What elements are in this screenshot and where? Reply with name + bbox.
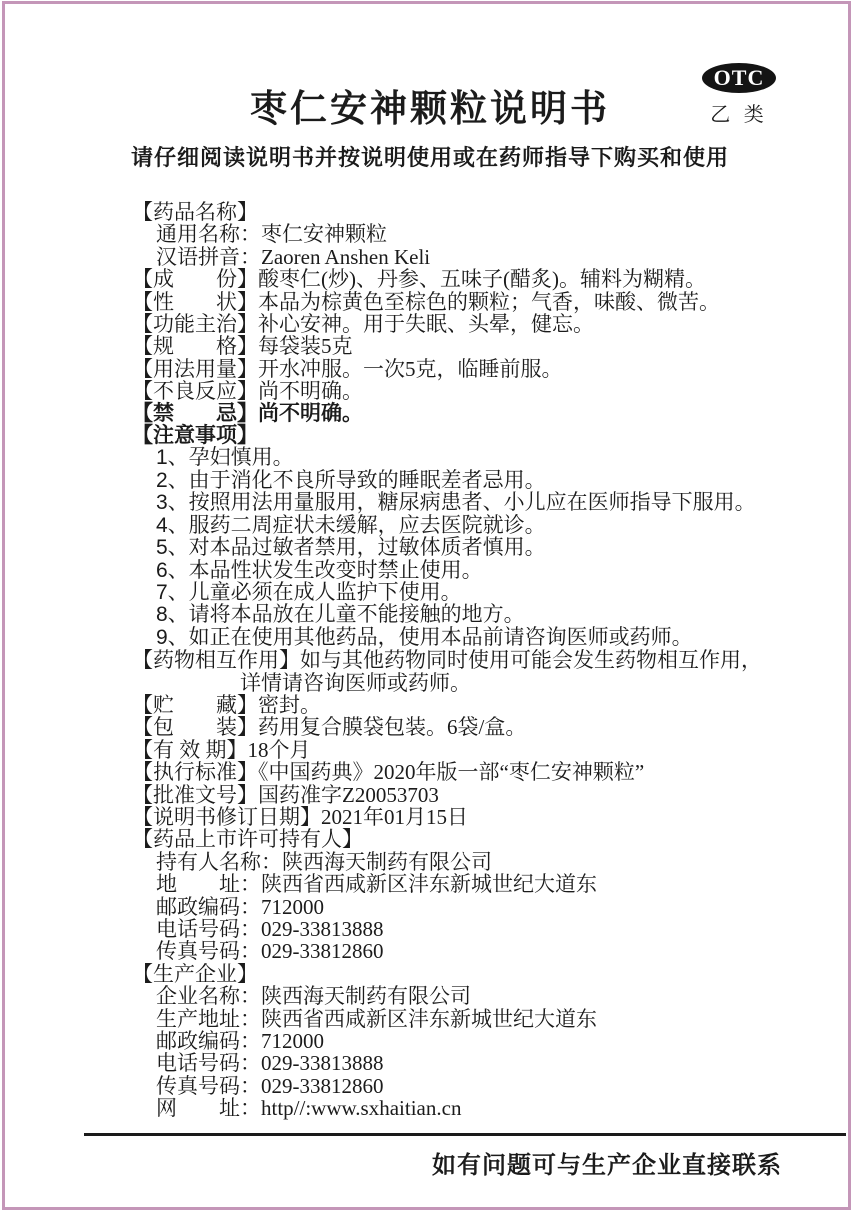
document-line: 【药品上市许可持有人】 — [132, 828, 850, 850]
document-line: 【规 格】每袋装5克 — [132, 335, 850, 357]
otc-category-label: 乙 类 — [699, 98, 779, 127]
document-line: 9、如正在使用其他药品，使用本品前请咨询医师或药师。 — [156, 627, 850, 649]
document-line: 持有人名称：陕西海天制药有限公司 — [156, 851, 850, 873]
document-line: 电话号码：029-33813888 — [156, 918, 850, 940]
document-line: 【贮 藏】密封。 — [132, 694, 850, 716]
document-line: 3、按照用法用量服用，糖尿病患者、小儿应在医师指导下服用。 — [156, 492, 850, 514]
document-line: 邮政编码：712000 — [156, 1030, 850, 1052]
document-line: 网 址：http//:www.sxhaitian.cn — [156, 1097, 850, 1119]
document-line: 【有 效 期】18个月 — [132, 739, 850, 761]
document-line: 【批准文号】国药准字Z20053703 — [132, 784, 850, 806]
otc-badge-label: OTC — [714, 65, 765, 91]
document-line: 通用名称：枣仁安神颗粒 — [156, 223, 850, 245]
document-line: 传真号码：029-33812860 — [156, 940, 850, 962]
document-line: 【性 状】本品为棕黄色至棕色的颗粒；气香，味酸、微苦。 — [132, 291, 850, 313]
footer-note: 如有问题可与生产企业直接联系 — [0, 1145, 860, 1180]
page-subtitle: 请仔细阅读说明书并按说明使用或在药师指导下购买和使用 — [0, 146, 860, 170]
document-line: 【禁 忌】尚不明确。 — [132, 403, 850, 425]
otc-badge: OTC — [702, 63, 776, 93]
leaflet-page: OTC 乙 类 枣仁安神颗粒说明书 请仔细阅读说明书并按说明使用或在药师指导下购… — [0, 0, 860, 1214]
document-line: 【成 份】酸枣仁(炒)、丹参、五味子(醋炙)。辅料为糊精。 — [132, 268, 850, 290]
document-line: 详情请咨询医师或药师。 — [240, 672, 850, 694]
document-line: 【执行标准】《中国药典》2020年版一部“枣仁安神颗粒” — [132, 761, 850, 783]
document-line: 2、由于消化不良所导致的睡眠差者忌用。 — [156, 470, 850, 492]
document-line: 5、对本品过敏者禁用，过敏体质者慎用。 — [156, 537, 850, 559]
document-body: 【药品名称】通用名称：枣仁安神颗粒汉语拼音：Zaoren Anshen Keli… — [132, 201, 850, 1120]
document-line: 7、儿童必须在成人监护下使用。 — [156, 582, 850, 604]
footer-divider — [84, 1133, 846, 1136]
document-line: 【生产企业】 — [132, 963, 850, 985]
document-line: 4、服药二周症状未缓解，应去医院就诊。 — [156, 515, 850, 537]
document-line: 1、孕妇慎用。 — [156, 447, 850, 469]
document-line: 邮政编码：712000 — [156, 896, 850, 918]
document-line: 【包 装】药用复合膜袋包装。6袋/盒。 — [132, 716, 850, 738]
document-line: 汉语拼音：Zaoren Anshen Keli — [156, 246, 850, 268]
document-line: 【注意事项】 — [132, 425, 850, 447]
document-line: 地 址：陕西省西咸新区沣东新城世纪大道东 — [156, 873, 850, 895]
otc-area: OTC 乙 类 — [699, 63, 779, 127]
document-line: 6、本品性状发生改变时禁止使用。 — [156, 560, 850, 582]
document-line: 【药品名称】 — [132, 201, 850, 223]
document-line: 企业名称：陕西海天制药有限公司 — [156, 985, 850, 1007]
document-line: 【药物相互作用】如与其他药物同时使用可能会发生药物相互作用， — [132, 649, 850, 671]
document-line: 【不良反应】尚不明确。 — [132, 380, 850, 402]
document-line: 电话号码：029-33813888 — [156, 1052, 850, 1074]
document-line: 8、请将本品放在儿童不能接触的地方。 — [156, 604, 850, 626]
document-line: 【说明书修订日期】2021年01月15日 — [132, 806, 850, 828]
document-line: 【用法用量】开水冲服。一次5克，临睡前服。 — [132, 358, 850, 380]
document-line: 传真号码：029-33812860 — [156, 1075, 850, 1097]
document-line: 【功能主治】补心安神。用于失眠、头晕，健忘。 — [132, 313, 850, 335]
document-line: 生产地址：陕西省西咸新区沣东新城世纪大道东 — [156, 1008, 850, 1030]
